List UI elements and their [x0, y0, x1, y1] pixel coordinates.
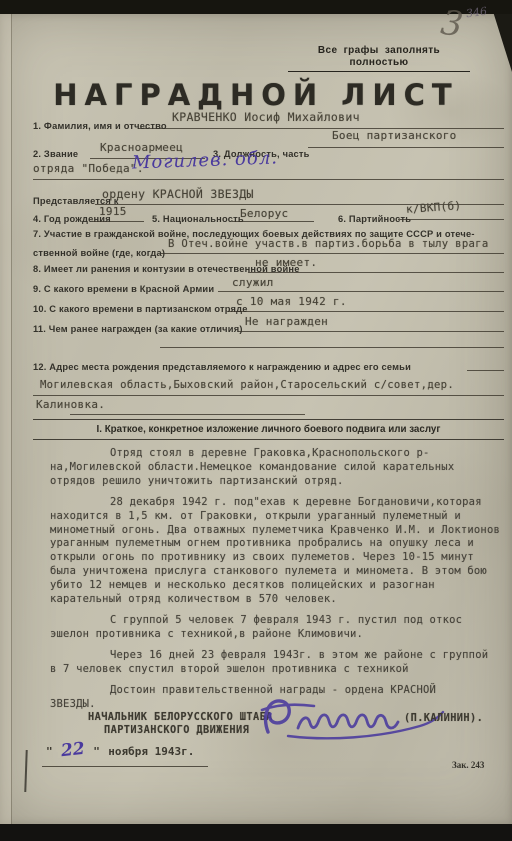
- form-rule: [248, 272, 504, 273]
- field-prior-awards-label: 11. Чем ранее награжден (за какие отличи…: [33, 324, 243, 335]
- form-rule: [467, 370, 504, 371]
- form-rule: [238, 331, 504, 332]
- signer-position-line-1: НАЧАЛЬНИК БЕЛОРУССКОГО ШТАБА: [88, 711, 273, 723]
- field-war-participation-label-2: ственной войне (где, когда): [33, 248, 165, 259]
- section1-heading: I. Краткое, конкретное изложение личного…: [33, 419, 504, 440]
- field-partisan-since-label: 10. С какого времени в партизанском отря…: [33, 304, 248, 315]
- form-rule: [92, 221, 144, 222]
- body-paragraph: С группой 5 человек 7 февраля 1943 г. пу…: [50, 614, 500, 642]
- field-address-label: 12. Адрес места рождения представляемого…: [33, 362, 411, 373]
- form-rule: [308, 147, 504, 148]
- form-rule: [218, 291, 504, 292]
- form-rule: [33, 395, 504, 396]
- signer-name-typed: (П.КАЛИНИН).: [404, 712, 483, 724]
- signer-position-line-2: ПАРТИЗАНСКОГО ДВИЖЕНИЯ: [104, 724, 249, 736]
- date-line: " 22 " ноября 1943г.: [42, 742, 208, 767]
- date-quote-open: ": [46, 745, 53, 758]
- form-rule: [232, 221, 314, 222]
- body-paragraph: 28 декабря 1942 г. под"ехав к деревне Бо…: [50, 496, 500, 607]
- field-redarmy-since-label: 9. С какого времени в Красной Армии: [33, 284, 214, 295]
- form-rule: [160, 347, 504, 348]
- body-paragraph: Отряд стоял в деревне Граковка,Краснопол…: [50, 447, 500, 489]
- page-edge-left: [0, 14, 11, 824]
- handwritten-date-day: 22: [60, 742, 85, 758]
- field-position-value-2: отряда "Победа".: [33, 163, 144, 175]
- fill-instruction: Все графы заполнять полностью: [288, 45, 470, 72]
- body-paragraph: Через 16 дней 23 февраля 1943г. в этом ж…: [50, 649, 500, 677]
- field-partisan-since-value: с 10 мая 1942 г.: [236, 296, 347, 308]
- date-month-year: ноября 1943г.: [108, 745, 194, 758]
- field-nationality-value: Белорус: [240, 208, 288, 220]
- field-position-value-1: Боец партизанского: [332, 130, 457, 142]
- field-wounds-value: не имеет.: [255, 257, 317, 269]
- combat-feat-description: Отряд стоял в деревне Граковка,Краснопол…: [50, 447, 500, 718]
- print-order-number: Зак. 243: [452, 760, 484, 770]
- field-name-value: КРАВЧЕНКО Иосиф Михайлович: [172, 111, 360, 123]
- field-address-value-2: Калиновка.: [36, 399, 105, 411]
- document-title: НАГРАДНОЙ ЛИСТ: [0, 80, 512, 110]
- field-presented-value: ордену КРАСНОЙ ЗВЕЗДЫ: [102, 188, 254, 200]
- field-birthyear-value: 1915: [99, 206, 127, 218]
- field-war-participation-value: В Отеч.войне участв.в партиз.борьба в ты…: [168, 238, 489, 250]
- field-name-label: 1. Фамилия, имя и отчество: [33, 121, 167, 132]
- scan-edge-bottom: [0, 824, 512, 841]
- form-rule: [70, 414, 305, 415]
- date-quote-close: ": [93, 745, 100, 758]
- field-redarmy-since-value: служил: [232, 277, 274, 289]
- form-rule: [33, 179, 504, 180]
- field-address-value-1: Могилевская область,Быховский район,Стар…: [40, 379, 454, 391]
- field-nationality-label: 5. Национальность: [152, 214, 244, 225]
- field-prior-awards-value: Не награжден: [245, 316, 328, 328]
- fold-line: [11, 14, 12, 824]
- form-rule: [160, 253, 504, 254]
- form-rule: [228, 311, 504, 312]
- field-rank-label: 2. Звание: [33, 149, 78, 160]
- scanned-award-sheet: 3 346 Все графы заполнять полностью НАГР…: [0, 0, 512, 841]
- form-rule: [398, 219, 504, 220]
